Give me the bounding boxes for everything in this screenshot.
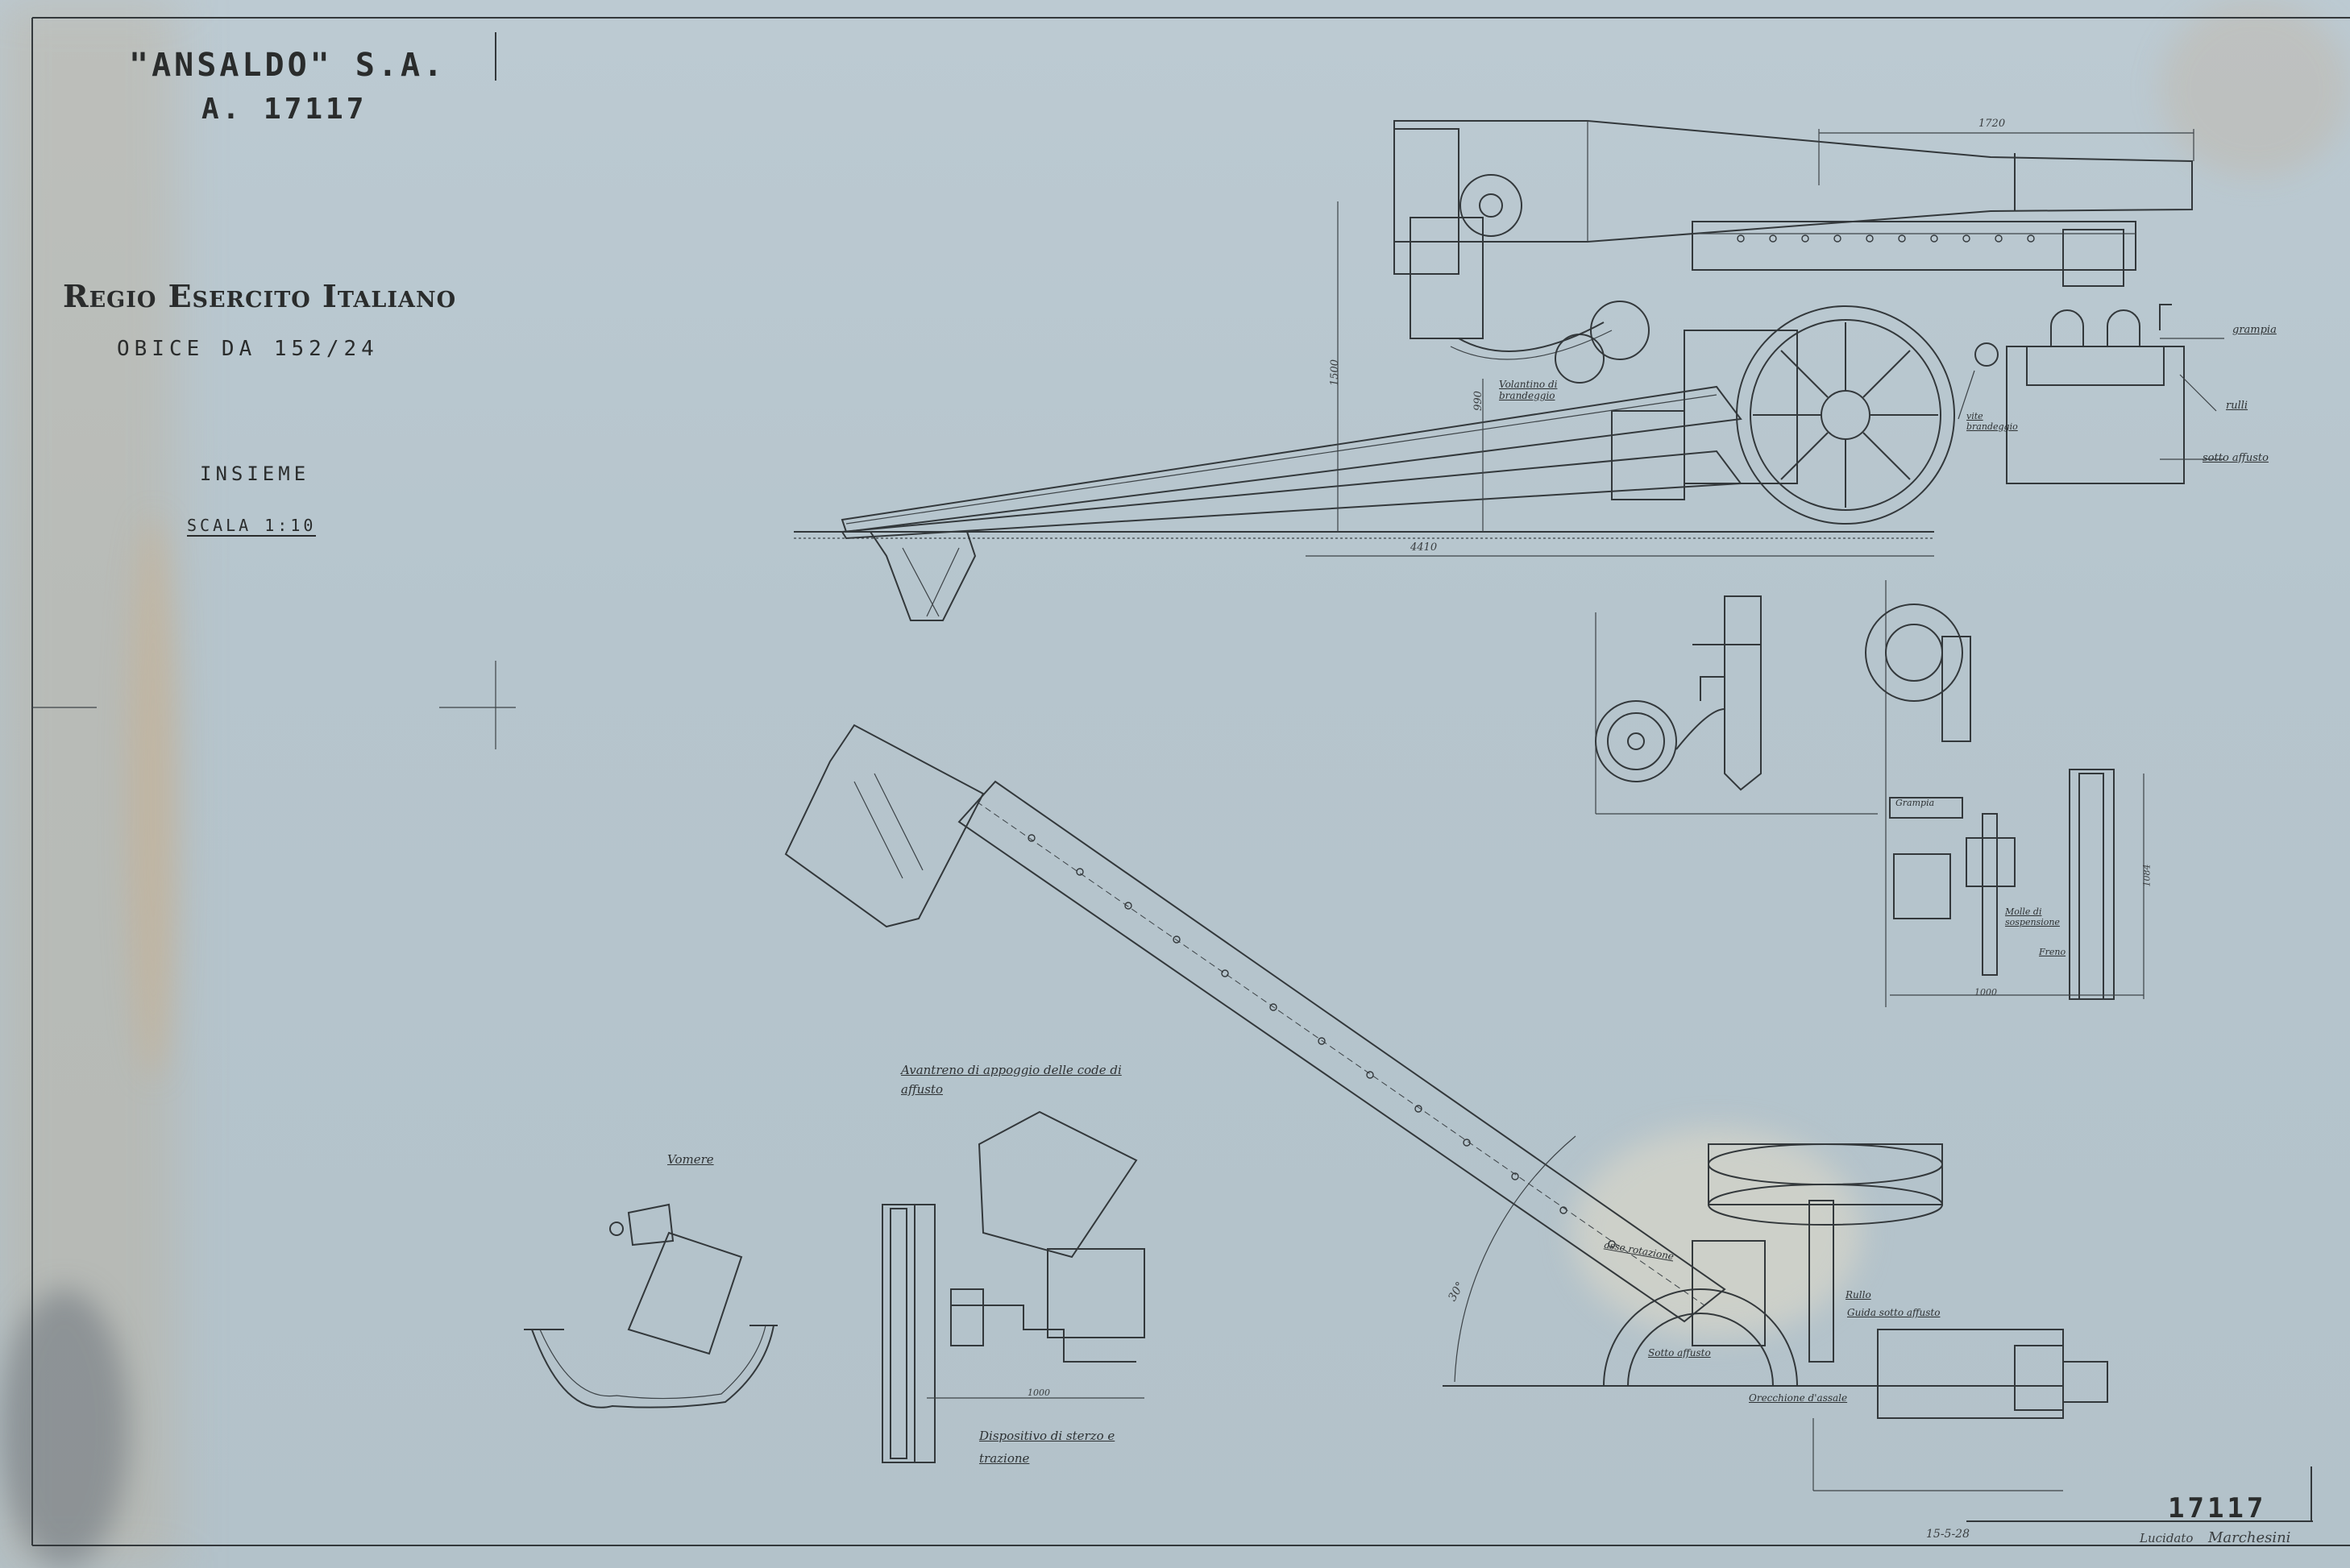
label-grampia-detail: Grampia [1895, 798, 1934, 808]
vomere-title: Vomere [667, 1152, 714, 1167]
dimension-height: 1500 [1329, 359, 1341, 386]
dimension-axle: 990 [1472, 391, 1484, 411]
label-freno: Freno [2039, 947, 2066, 957]
suspension-dimension: 1000 [1974, 987, 1997, 998]
avantreno-title: Avantreno di appoggio delle code di affu… [901, 1060, 1159, 1099]
drawing-canvas [0, 0, 2350, 1568]
date: 15-5-28 [1926, 1528, 1970, 1541]
label-rulli: rulli [2226, 400, 2248, 412]
side-view-howitzer [794, 121, 2194, 620]
label-sotto-affusto: sotto affusto [2203, 452, 2269, 464]
label-elevation-handwheel: Volantino di brandeggio [1499, 379, 1580, 401]
army-title: Regio Esercito Italiano [63, 278, 456, 314]
label-rullo: Rullo [1846, 1289, 1871, 1300]
dispositivo-dimension: 1000 [1028, 1388, 1050, 1398]
traced-by-label: Lucidato [2140, 1531, 2193, 1545]
scale-label: SCALA 1:10 [187, 516, 316, 537]
dimension-length: 4410 [1410, 541, 1437, 554]
label-grampia: grampia [2232, 324, 2277, 336]
avantreno-detail [882, 1112, 1144, 1462]
detail-section-breech [1596, 580, 1886, 1007]
suspension-height: 1084 [2142, 865, 2153, 887]
blueprint-sheet: "ANSALDO" S.A. A. 17117 Regio Esercito I… [0, 0, 2350, 1568]
cross-section-cradle [1958, 305, 2224, 483]
drawing-number: 17117 [2168, 1492, 2266, 1524]
view-title: INSIEME [200, 463, 309, 485]
signature: Marchesini [2208, 1529, 2290, 1546]
vomere-detail [524, 1205, 778, 1408]
label-sotto-affusto-plan: Sotto affusto [1648, 1347, 1711, 1359]
rivet-row [1738, 235, 2034, 242]
label-orecchione: Orecchione d'assale [1749, 1392, 1847, 1404]
company-name: "ANSALDO" S.A. [129, 47, 446, 84]
label-guida-sotto-affusto: Guida sotto affusto [1847, 1307, 1940, 1318]
subject-title: OBICE DA 152/24 [117, 337, 379, 361]
drawing-reference: A. 17117 [201, 93, 367, 126]
label-molle: Molle di sospensione [2005, 906, 2061, 927]
plan-view-trail [786, 725, 2107, 1491]
label-vite-brandeggio: vite brandeggio [1966, 411, 2015, 432]
dimension-barrel: 1720 [1978, 118, 2005, 130]
dispositivo-title: Dispositivo di sterzo e trazione [979, 1425, 1140, 1470]
